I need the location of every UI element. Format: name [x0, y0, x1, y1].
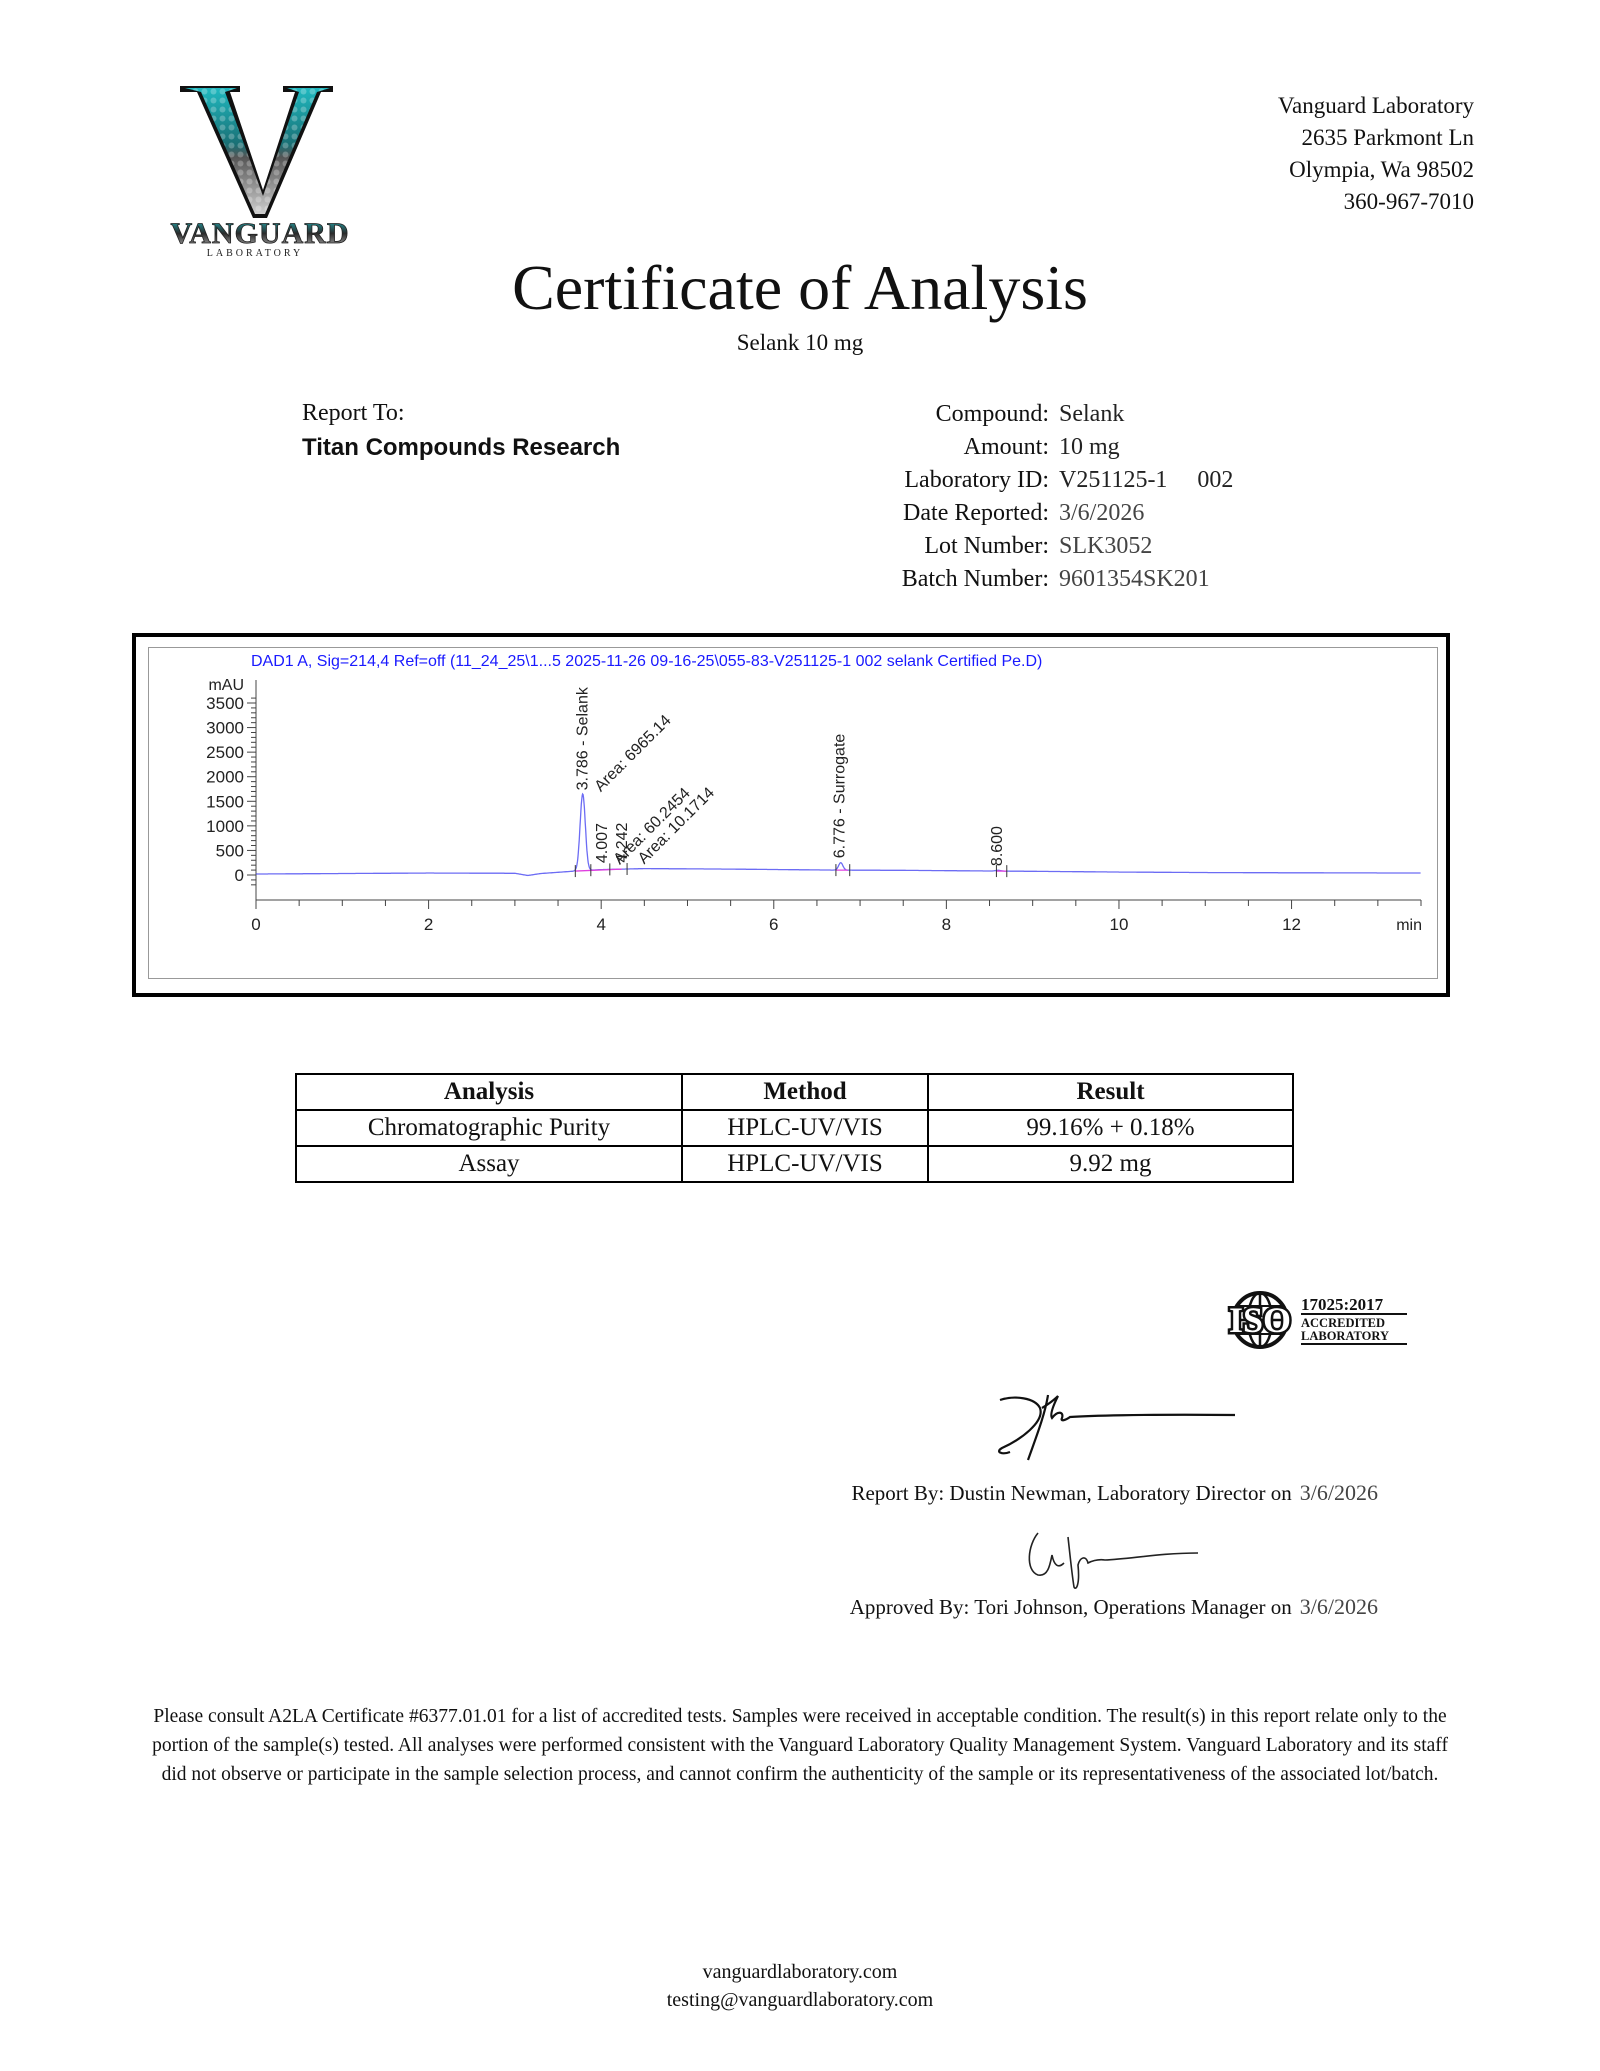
cell-result: 99.16% + 0.18%: [928, 1110, 1293, 1146]
results-table: Analysis Method Result Chromatographic P…: [295, 1073, 1294, 1183]
page-subtitle: Selank 10 mg: [0, 330, 1600, 356]
svg-text:10: 10: [1110, 915, 1129, 934]
iso-globe-icon: ISO 17025:2017 ACCREDITED LABORATORY: [1222, 1290, 1412, 1350]
svg-text:min: min: [1396, 917, 1422, 934]
svg-text:17025:2017: 17025:2017: [1301, 1295, 1384, 1314]
cell-method: HPLC-UV/VIS: [682, 1110, 928, 1146]
report-to-label: Report To:: [302, 400, 405, 427]
info-label: Laboratory ID:: [820, 464, 1059, 497]
info-row-lot-number: Lot Number: SLK3052: [820, 530, 1233, 563]
approved-by-line: Approved By: Tori Johnson, Operations Ma…: [850, 1594, 1378, 1620]
svg-text:mAU: mAU: [208, 677, 244, 694]
svg-text:0: 0: [251, 915, 260, 934]
info-value: SLK3052: [1059, 530, 1152, 563]
manager-signature: [1020, 1525, 1210, 1595]
chromatogram-frame: DAD1 A, Sig=214,4 Ref=off (11_24_25\1...…: [132, 633, 1450, 997]
info-label: Lot Number:: [820, 530, 1059, 563]
cell-result: 9.92 mg: [928, 1146, 1293, 1182]
signature-icon: [990, 1390, 1250, 1470]
address-line: Olympia, Wa 98502: [1278, 154, 1474, 186]
info-label: Compound:: [820, 398, 1059, 431]
results-header-row: Analysis Method Result: [296, 1074, 1293, 1110]
svg-text:3000: 3000: [206, 719, 244, 738]
svg-text:LABORATORY: LABORATORY: [1301, 1329, 1389, 1343]
info-row-amount: Amount: 10 mg: [820, 431, 1233, 464]
column-header-result: Result: [928, 1074, 1293, 1110]
chart-title: DAD1 A, Sig=214,4 Ref=off (11_24_25\1...…: [251, 653, 1042, 670]
cell-analysis: Chromatographic Purity: [296, 1110, 682, 1146]
peak-label: 3.786 - Selank: [575, 686, 592, 790]
iso-accreditation-badge: ISO 17025:2017 ACCREDITED LABORATORY: [1222, 1290, 1412, 1350]
svg-text:ISO: ISO: [1229, 1300, 1291, 1340]
svg-text:ACCREDITED: ACCREDITED: [1301, 1316, 1385, 1330]
column-header-analysis: Analysis: [296, 1074, 682, 1110]
info-label: Amount:: [820, 431, 1059, 464]
approved-by-text: Approved By: Tori Johnson, Operations Ma…: [850, 1595, 1292, 1619]
vanguard-v-logo-icon: VANGUARD LABORATORY: [155, 78, 365, 258]
info-value: V251125-1 002: [1059, 464, 1233, 497]
info-label: Batch Number:: [820, 563, 1059, 596]
svg-text:8: 8: [942, 915, 951, 934]
svg-text:12: 12: [1282, 915, 1301, 934]
column-header-method: Method: [682, 1074, 928, 1110]
svg-text:6: 6: [769, 915, 778, 934]
address-line: Vanguard Laboratory: [1278, 90, 1474, 122]
table-row: Chromatographic Purity HPLC-UV/VIS 99.16…: [296, 1110, 1293, 1146]
director-signature: [990, 1390, 1250, 1470]
svg-text:4: 4: [596, 915, 605, 934]
page-title: Certificate of Analysis: [0, 250, 1600, 326]
svg-text:1000: 1000: [206, 817, 244, 836]
svg-text:500: 500: [216, 841, 244, 860]
info-value: 9601354SK201: [1059, 563, 1210, 596]
info-value: Selank: [1059, 398, 1124, 431]
vanguard-logo: VANGUARD LABORATORY: [155, 78, 365, 258]
svg-text:VANGUARD: VANGUARD: [170, 217, 349, 250]
sample-info: Compound: Selank Amount: 10 mg Laborator…: [820, 398, 1233, 596]
chromatogram-plot-area: DAD1 A, Sig=214,4 Ref=off (11_24_25\1...…: [148, 647, 1438, 979]
info-row-laboratory-id: Laboratory ID: V251125-1 002: [820, 464, 1233, 497]
cell-method: HPLC-UV/VIS: [682, 1146, 928, 1182]
svg-text:2: 2: [424, 915, 433, 934]
table-row: Assay HPLC-UV/VIS 9.92 mg: [296, 1146, 1293, 1182]
cell-analysis: Assay: [296, 1146, 682, 1182]
svg-text:2000: 2000: [206, 768, 244, 787]
signature-icon: [1020, 1525, 1210, 1595]
info-row-compound: Compound: Selank: [820, 398, 1233, 431]
chromatogram-chart: DAD1 A, Sig=214,4 Ref=off (11_24_25\1...…: [149, 648, 1433, 974]
disclaimer-text: Please consult A2LA Certificate #6377.01…: [148, 1702, 1452, 1789]
peak-label: Area: 6965.14: [592, 712, 675, 795]
info-row-batch-number: Batch Number: 9601354SK201: [820, 563, 1233, 596]
info-label: Date Reported:: [820, 497, 1059, 530]
peak-label: 4.007: [594, 823, 611, 863]
approved-by-date: 3/6/2026: [1300, 1594, 1378, 1619]
address-line: 2635 Parkmont Ln: [1278, 122, 1474, 154]
footer-website-link[interactable]: vanguardlaboratory.com: [0, 1958, 1600, 1986]
info-value: 3/6/2026: [1059, 497, 1144, 530]
footer-email-link[interactable]: testing@vanguardlaboratory.com: [0, 1986, 1600, 2014]
svg-text:1500: 1500: [206, 792, 244, 811]
info-row-date-reported: Date Reported: 3/6/2026: [820, 497, 1233, 530]
report-by-line: Report By: Dustin Newman, Laboratory Dir…: [851, 1480, 1378, 1506]
footer: vanguardlaboratory.com testing@vanguardl…: [0, 1958, 1600, 2014]
peak-label: 6.776 - Surrogate: [832, 734, 849, 859]
svg-text:0: 0: [235, 866, 244, 885]
svg-text:2500: 2500: [206, 743, 244, 762]
svg-text:3500: 3500: [206, 694, 244, 713]
lab-address: Vanguard Laboratory 2635 Parkmont Ln Oly…: [1278, 90, 1474, 218]
report-to-client: Titan Compounds Research: [302, 434, 620, 462]
info-value: 10 mg: [1059, 431, 1120, 464]
peak-label: 8.600: [989, 826, 1006, 866]
report-by-date: 3/6/2026: [1300, 1480, 1378, 1505]
report-by-text: Report By: Dustin Newman, Laboratory Dir…: [851, 1481, 1291, 1505]
address-phone: 360-967-7010: [1278, 186, 1474, 218]
